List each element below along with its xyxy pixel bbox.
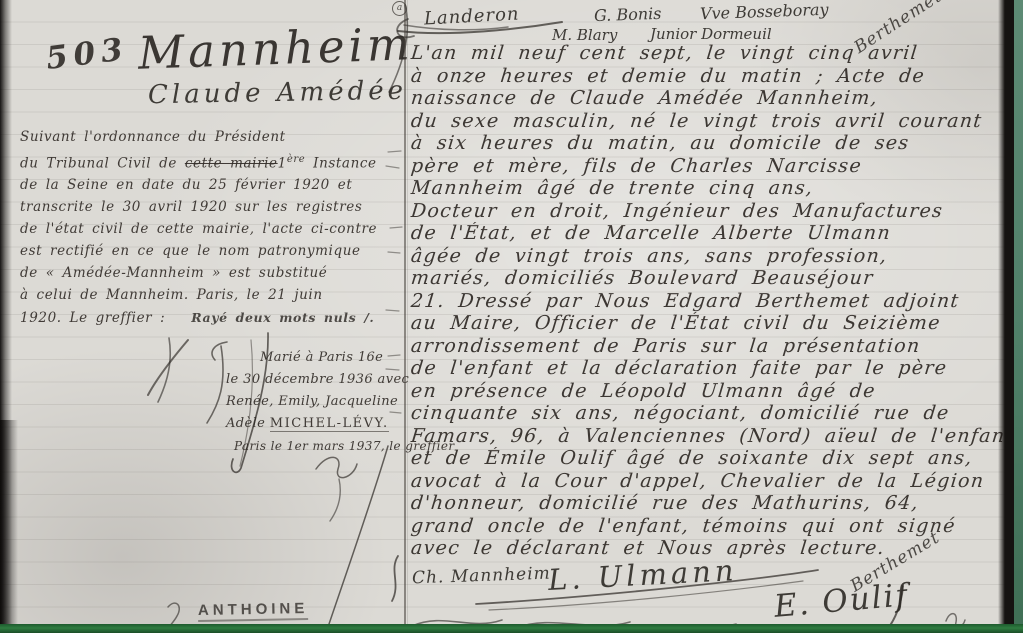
note-line: Marié à Paris 16e: [226, 347, 411, 369]
act-line: père et mère, fils de Charles Narcisse: [410, 155, 1004, 178]
signature-bosseboray: Vve Bosseboray: [700, 0, 829, 23]
note-line: à celui de Mannheim. Paris, le 21 juin: [20, 285, 400, 307]
act-line: arrondissement de Paris sur la présentat…: [410, 335, 1004, 358]
act-line: Mannheim âgé de trente cinq ans,: [410, 177, 1004, 200]
pen-flourish: [316, 457, 357, 477]
right-page-edge-shadow: [998, 0, 1015, 633]
signature-landeron: Landeron: [424, 4, 520, 30]
signature-e-oulif: E. Oulif: [773, 577, 911, 625]
note-line: le 30 décembre 1936 avec: [226, 369, 411, 391]
spouse-surname: MICHEL-LÉVY.: [270, 416, 389, 432]
act-line: au Maire, Officier de l'État civil du Se…: [410, 312, 1004, 335]
page-subtitle: Claude Amédée: [148, 76, 407, 111]
pen-flourish: [212, 342, 227, 360]
note-line: Paris le 1er mars 1937, le greffier: [226, 435, 411, 457]
birth-act-text: L'an mil neuf cent sept, le vingt cinq a…: [411, 42, 1003, 560]
pen-flourish: [392, 556, 398, 601]
act-line: grand oncle de l'enfant, témoins qui ont…: [410, 515, 1004, 538]
act-line: 21. Dressé par Nous Edgard Berthemet adj…: [410, 290, 1004, 313]
pen-flourish: [328, 446, 388, 627]
bottom-green-border: [0, 624, 1023, 633]
margin-rule-line: [404, 0, 406, 633]
act-line: avocat à la Cour d'appel, Chevalier de l…: [410, 470, 1004, 493]
act-line: du sexe masculin, né le vingt trois avri…: [410, 110, 1004, 133]
note-line: de l'état civil de cette mairie, l'acte …: [20, 219, 400, 241]
act-line: et de Émile Oulif âgé de soixante dix se…: [410, 447, 1004, 470]
signature-bonis: G. Bonis: [594, 4, 662, 25]
act-line: âgée de vingt trois ans, sans profession…: [410, 245, 1004, 268]
note-line: transcrite le 30 avril 1920 sur les regi…: [20, 197, 400, 219]
signature-ch-mannheim: Ch. Mannheim: [412, 564, 551, 589]
pen-flourish: [207, 346, 223, 423]
act-line: de l'État, et de Marcelle Alberte Ulmann: [410, 222, 1004, 245]
right-green-border: [1014, 0, 1023, 633]
act-line: Famars, 96, à Valenciennes (Nord) aïeul …: [410, 425, 1004, 448]
marginal-note-marriage: Marié à Paris 16e le 30 décembre 1936 av…: [226, 347, 411, 457]
greffier-annotation: Rayé deux mots nuls /.: [191, 310, 374, 325]
note-line: de la Seine en date du 25 février 1920 e…: [20, 175, 400, 197]
note-line: 1920. Le greffier :Rayé deux mots nuls /…: [20, 307, 400, 330]
note-line: Adèle MICHEL-LÉVY.: [226, 413, 411, 435]
note-line: du Tribunal Civil de cette mairie1ère In…: [20, 149, 400, 175]
act-line: Docteur en droit, Ingénieur des Manufact…: [410, 200, 1004, 223]
act-line: à six heures du matin, au domicile de se…: [410, 132, 1004, 155]
note-line: Suivant l'ordonnance du Président: [20, 127, 400, 149]
act-line: de l'enfant et la déclaration faite par …: [410, 357, 1004, 380]
note-line: Renée, Emily, Jacqueline: [226, 391, 411, 413]
pen-flourish: [158, 338, 170, 402]
act-line: L'an mil neuf cent sept, le vingt cinq a…: [410, 42, 1004, 65]
page-title: Mannheim: [137, 17, 414, 80]
anthoine-stamp: ANTHOINE: [198, 600, 309, 622]
left-binding-shadow-lower: [0, 420, 18, 633]
scanned-birth-register-page: 503 Mannheim Claude Amédée a Suivant l'o…: [0, 0, 1023, 633]
note-line: est rectifié en ce que le nom patronymiq…: [20, 241, 400, 263]
pen-flourish: [330, 479, 340, 521]
act-line: mariés, domiciliés Boulevard Beauséjour: [410, 267, 1004, 290]
margin-rule-line-faint: [407, 0, 408, 633]
note-line: de « Amédée-Mannheim » est substitué: [20, 263, 400, 285]
act-line: naissance de Claude Amédée Mannheim,: [410, 87, 1004, 110]
act-line: cinquante six ans, négociant, domicilié …: [410, 402, 1004, 425]
pen-flourish: [148, 340, 188, 395]
marginal-note-rectification: Suivant l'ordonnance du Président du Tri…: [20, 127, 400, 330]
act-line: en présence de Léopold Ulmann âgé de: [410, 380, 1004, 403]
struck-words: cette mairie: [185, 155, 278, 171]
act-line: d'honneur, domicilié rue des Mathurins, …: [410, 492, 1004, 515]
signature-dormeuil: Junior Dormeuil: [650, 25, 772, 43]
act-number: 503: [44, 31, 130, 77]
signature-l-ulmann: L. Ulmann: [547, 553, 738, 597]
act-line: à onze heures et demie du matin ; Acte d…: [410, 65, 1004, 88]
